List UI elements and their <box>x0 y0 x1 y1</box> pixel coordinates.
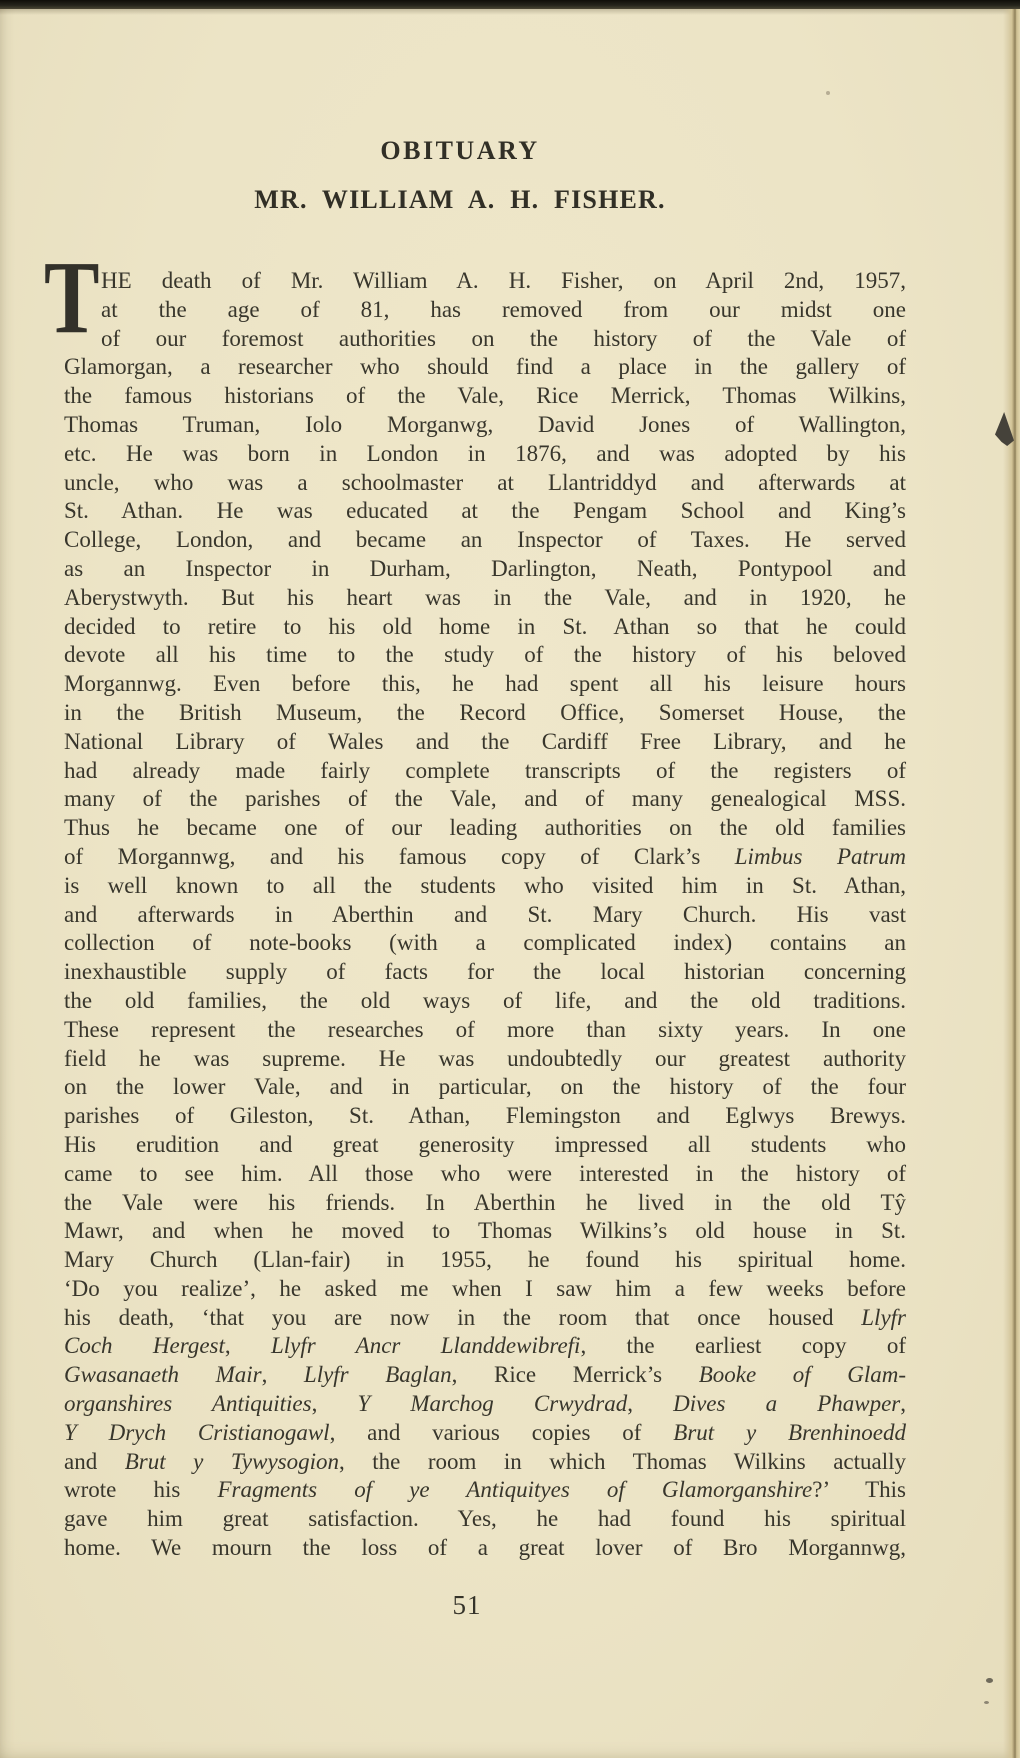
scan-top-edge <box>0 0 1020 9</box>
text-line: Gwasanaeth Mair, Llyfr Baglan, Rice Merr… <box>64 1361 906 1390</box>
text-line: many of the parishes of the Vale, and of… <box>64 785 906 814</box>
paper-speck <box>826 91 830 95</box>
text-segment: , and various copies of <box>330 1420 674 1445</box>
text-line: Thus he became one of our leading author… <box>64 814 906 843</box>
deceased-name-heading: MR. WILLIAM A. H. FISHER. <box>40 185 880 215</box>
drop-cap: T <box>44 246 100 350</box>
text-line: of Morgannwg, and his famous copy of Cla… <box>64 843 906 872</box>
text-line: home. We mourn the loss of a great lover… <box>64 1534 906 1563</box>
italic-book-title: Llyfr Ancr Llanddewibrefi <box>271 1333 580 1358</box>
text-line: These represent the researches of more t… <box>64 1016 906 1045</box>
text-line: College, London, and became an Inspector… <box>64 526 906 555</box>
text-line: in the British Museum, the Record Office… <box>64 699 906 728</box>
text-line: National Library of Wales and the Cardif… <box>64 728 906 757</box>
text-segment: of Morgannwg, and his famous copy of Cla… <box>64 844 735 869</box>
text-segment: His erudition and great generosity impre… <box>64 1132 906 1157</box>
text-segment: These represent the researches of more t… <box>64 1017 906 1042</box>
text-segment: the Vale were his friends. In Aberthin h… <box>64 1190 906 1215</box>
italic-book-title: Booke of Glam- <box>699 1362 906 1387</box>
article-body: T HE death of Mr. William A. H. Fisher, … <box>64 267 906 1563</box>
text-line: Mary Church (Llan-fair) in 1955, he foun… <box>64 1246 906 1275</box>
text-segment: ‘Do you realize’, he asked me when I saw… <box>64 1276 906 1301</box>
text-segment: is well known to all the students who vi… <box>64 873 906 898</box>
text-segment: as an Inspector in Durham, Darlington, N… <box>64 556 906 581</box>
text-segment: on the lower Vale, and in particular, on… <box>64 1074 906 1099</box>
paper-speck <box>984 1701 989 1704</box>
text-line: HE death of Mr. William A. H. Fisher, on… <box>64 267 906 296</box>
text-segment: Morgannwg. Even before this, he had spen… <box>64 671 906 696</box>
text-segment: his death, ‘that you are now in the room… <box>64 1305 861 1330</box>
text-segment: and afterwards in Aberthin and St. Mary … <box>64 902 906 927</box>
book-page-edges <box>1003 9 1020 1758</box>
text-line: the famous historians of the Vale, Rice … <box>64 382 906 411</box>
text-segment: , <box>627 1391 673 1416</box>
italic-book-title: Dives a Phawper <box>673 1391 900 1416</box>
italic-book-title: Gwasanaeth Mair <box>64 1362 262 1387</box>
italic-book-title: Brut y Tywysogion <box>125 1449 339 1474</box>
text-line: Y Drych Cristianogawl, and various copie… <box>64 1419 906 1448</box>
italic-book-title: Brut y Brenhinoedd <box>673 1420 906 1445</box>
text-segment: ?’ This <box>812 1477 906 1502</box>
text-line: Morgannwg. Even before this, he had spen… <box>64 670 906 699</box>
text-line: and afterwards in Aberthin and St. Mary … <box>64 901 906 930</box>
text-segment: , the room in which Thomas Wilkins actua… <box>339 1449 906 1474</box>
text-segment: decided to retire to his old home in St.… <box>64 614 906 639</box>
text-segment: the famous historians of the Vale, Rice … <box>64 383 906 408</box>
text-segment: St. Athan. He was educated at the Pengam… <box>64 498 906 523</box>
text-line: of our foremost authorities on the histo… <box>64 325 906 354</box>
text-segment: Glamorgan, a researcher who should find … <box>64 354 906 379</box>
text-line: Mawr, and when he moved to Thomas Wilkin… <box>64 1217 906 1246</box>
italic-book-title: organshires Antiquities <box>64 1391 312 1416</box>
text-segment: parishes of Gileston, St. Athan, Fleming… <box>64 1103 906 1128</box>
text-segment: devote all his time to the study of the … <box>64 642 906 667</box>
text-line: gave him great satisfaction. Yes, he had… <box>64 1505 906 1534</box>
text-segment: HE death of Mr. William A. H. Fisher, on… <box>101 268 906 293</box>
text-line: parishes of Gileston, St. Athan, Fleming… <box>64 1102 906 1131</box>
italic-book-title: Coch Hergest <box>64 1333 225 1358</box>
text-line: came to see him. All those who were inte… <box>64 1160 906 1189</box>
section-title: OBITUARY <box>40 136 880 166</box>
text-line: field he was supreme. He was undoubtedly… <box>64 1045 906 1074</box>
text-line: decided to retire to his old home in St.… <box>64 613 906 642</box>
text-line: wrote his Fragments of ye Antiquityes of… <box>64 1476 906 1505</box>
text-line: His erudition and great generosity impre… <box>64 1131 906 1160</box>
text-segment: had already made fairly complete transcr… <box>64 758 906 783</box>
text-segment: , <box>312 1391 358 1416</box>
obituary-header: OBITUARY MR. WILLIAM A. H. FISHER. <box>40 136 880 215</box>
text-line: inexhaustible supply of facts for the lo… <box>64 958 906 987</box>
italic-book-title: Y Marchog Crwydrad <box>357 1391 627 1416</box>
text-line: devote all his time to the study of the … <box>64 641 906 670</box>
text-line: Thomas Truman, Iolo Morganwg, David Jone… <box>64 411 906 440</box>
text-line: at the age of 81, has removed from our m… <box>64 296 906 325</box>
text-segment: Mary Church (Llan-fair) in 1955, he foun… <box>64 1247 906 1272</box>
text-segment: of our foremost authorities on the histo… <box>101 326 906 351</box>
text-line: Aberystwyth. But his heart was in the Va… <box>64 584 906 613</box>
italic-book-title: Limbus Patrum <box>735 844 906 869</box>
text-line: St. Athan. He was educated at the Pengam… <box>64 497 906 526</box>
scanned-book-page: OBITUARY MR. WILLIAM A. H. FISHER. T HE … <box>0 0 1020 1758</box>
italic-book-title: Llyfr <box>861 1305 906 1330</box>
text-segment: , Rice Merrick’s <box>452 1362 699 1387</box>
text-segment: in the British Museum, the Record Office… <box>64 700 906 725</box>
text-line: and Brut y Tywysogion, the room in which… <box>64 1448 906 1477</box>
text-segment: inexhaustible supply of facts for the lo… <box>64 959 906 984</box>
text-segment: , the earliest copy of <box>580 1333 906 1358</box>
text-segment: etc. He was born in London in 1876, and … <box>64 441 906 466</box>
text-line: the Vale were his friends. In Aberthin h… <box>64 1189 906 1218</box>
text-segment: at the age of 81, has removed from our m… <box>101 297 906 322</box>
text-line: had already made fairly complete transcr… <box>64 757 906 786</box>
text-segment: National Library of Wales and the Cardif… <box>64 729 906 754</box>
text-segment: collection of note-books (with a complic… <box>64 930 906 955</box>
text-line: is well known to all the students who vi… <box>64 872 906 901</box>
text-line: ‘Do you realize’, he asked me when I saw… <box>64 1275 906 1304</box>
text-segment: , <box>900 1391 906 1416</box>
text-segment: many of the parishes of the Vale, and of… <box>64 786 906 811</box>
text-line: Glamorgan, a researcher who should find … <box>64 353 906 382</box>
text-line: organshires Antiquities, Y Marchog Crwyd… <box>64 1390 906 1419</box>
italic-book-title: Fragments of ye Antiquityes of Glamorgan… <box>217 1477 812 1502</box>
text-segment: Aberystwyth. But his heart was in the Va… <box>64 585 906 610</box>
text-segment: the old families, the old ways of life, … <box>64 988 906 1013</box>
text-line: collection of note-books (with a complic… <box>64 929 906 958</box>
text-segment: , <box>262 1362 304 1387</box>
text-segment: Mawr, and when he moved to Thomas Wilkin… <box>64 1218 906 1243</box>
page-number: 51 <box>64 1590 870 1621</box>
text-line: uncle, who was a schoolmaster at Llantri… <box>64 469 906 498</box>
text-segment: field he was supreme. He was undoubtedly… <box>64 1046 906 1071</box>
text-segment: College, London, and became an Inspector… <box>64 527 906 552</box>
text-segment: home. We mourn the loss of a great lover… <box>64 1535 906 1560</box>
scan-top-edge-shadow <box>0 9 1020 15</box>
text-line: the old families, the old ways of life, … <box>64 987 906 1016</box>
text-segment: uncle, who was a schoolmaster at Llantri… <box>64 470 906 495</box>
italic-book-title: Y Drych Cristianogawl <box>64 1420 330 1445</box>
paper-speck <box>986 1678 993 1683</box>
text-line: on the lower Vale, and in particular, on… <box>64 1073 906 1102</box>
text-segment: came to see him. All those who were inte… <box>64 1161 906 1186</box>
italic-book-title: Llyfr Baglan <box>304 1362 452 1387</box>
text-line: his death, ‘that you are now in the room… <box>64 1304 906 1333</box>
text-line: as an Inspector in Durham, Darlington, N… <box>64 555 906 584</box>
text-line: etc. He was born in London in 1876, and … <box>64 440 906 469</box>
text-segment: , <box>225 1333 271 1358</box>
text-line: Coch Hergest, Llyfr Ancr Llanddewibrefi,… <box>64 1332 906 1361</box>
text-segment: wrote his <box>64 1477 217 1502</box>
text-segment: Thomas Truman, Iolo Morganwg, David Jone… <box>64 412 906 437</box>
text-segment: Thus he became one of our leading author… <box>64 815 906 840</box>
text-segment: gave him great satisfaction. Yes, he had… <box>64 1506 906 1531</box>
text-segment: and <box>64 1449 125 1474</box>
